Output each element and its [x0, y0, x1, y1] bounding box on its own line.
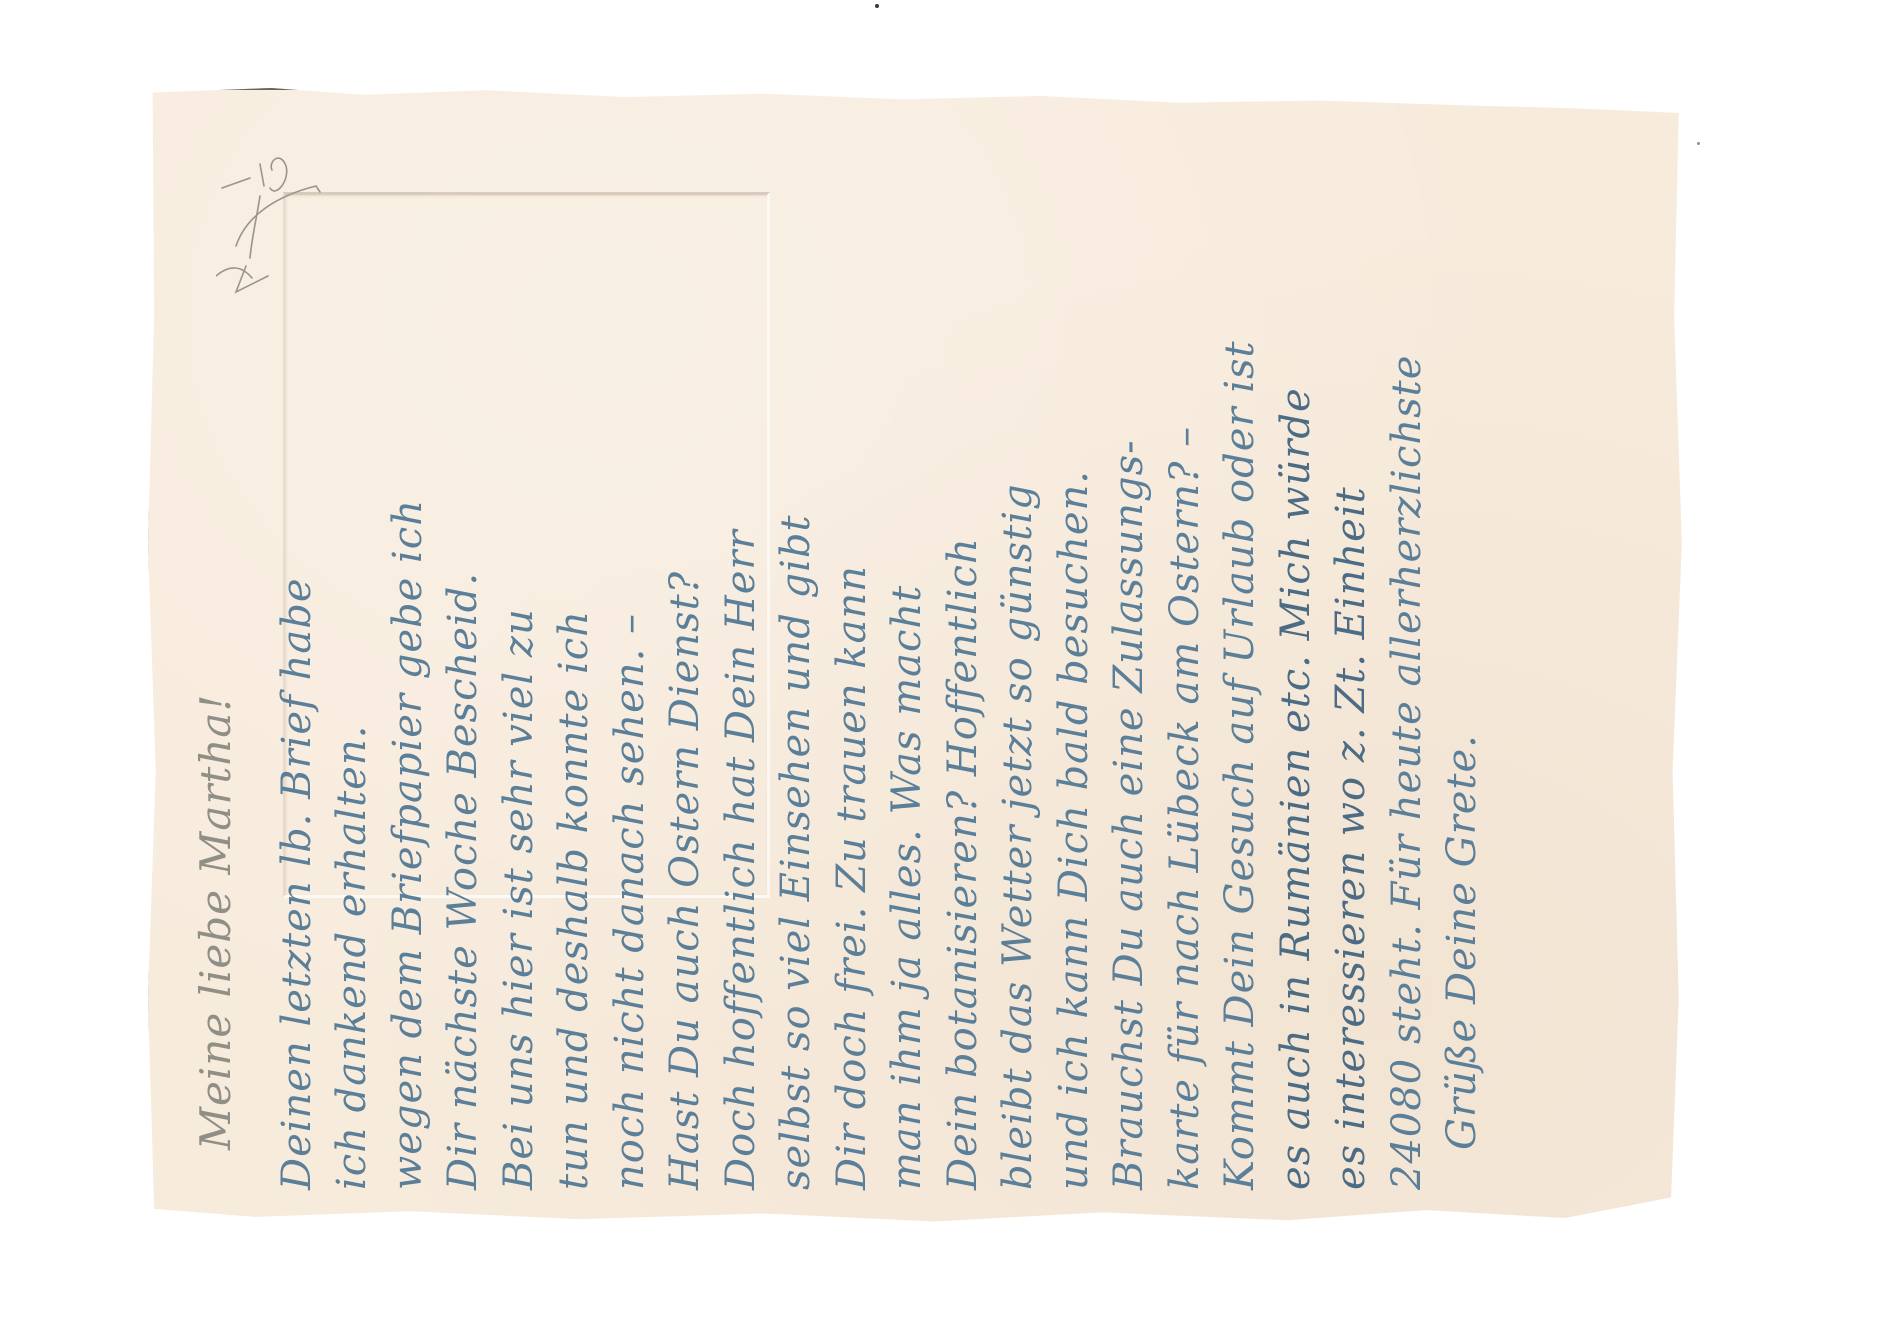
letter-line: Hast Du auch Ostern Dienst? [658, 210, 714, 1190]
letter-line: karte für nach Lübeck am Ostern? – [1158, 210, 1214, 1190]
letter-line: man ihm ja alles. Was macht [880, 210, 936, 1190]
letter-line: es auch in Rumänien etc. Mich würde [1269, 210, 1325, 1190]
closing-signature: Grüße Deine Grete. [1435, 210, 1491, 1190]
letter-line: und ich kann Dich bald besuchen. [1047, 210, 1103, 1190]
letter-line: ich dankend erhalten. [325, 210, 381, 1190]
letter-line: 24080 steht. Für heute allerherzlichste [1380, 210, 1436, 1190]
dust-speck [875, 4, 879, 8]
dust-speck [1697, 142, 1700, 145]
letter-line: selbst so viel Einsehen und gibt [769, 210, 825, 1190]
letter-line: Dein botanisieren? Hoffentlich [936, 210, 992, 1190]
letter-line: wegen dem Briefpapier gebe ich [381, 210, 437, 1190]
letter-line: Doch hoffentlich hat Dein Herr [714, 210, 770, 1190]
letter-line: Deinen letzten lb. Brief habe [270, 210, 326, 1190]
letter-line: bleibt das Wetter jetzt so günstig [991, 210, 1047, 1190]
letter-body-rotated: Meine liebe Martha! Deinen letzten lb. B… [188, 210, 1588, 1190]
letter-line: es interessieren wo z. Zt. Einheit [1324, 210, 1380, 1190]
letter-card: 1/12 Meine liebe Martha! Deinen letzten … [148, 88, 1688, 1226]
letter-line: noch nicht danach sehen. – [603, 210, 659, 1190]
salutation: Meine liebe Martha! [188, 210, 244, 1190]
letter-line: Kommt Dein Gesuch auf Urlaub oder ist [1213, 210, 1269, 1190]
letter-line: Brauchst Du auch eine Zulassungs- [1102, 210, 1158, 1190]
scan-background: 1/12 Meine liebe Martha! Deinen letzten … [0, 0, 1902, 1328]
letter-line: Dir doch frei. Zu trauen kann [825, 210, 881, 1190]
letter-line: Bei uns hier ist sehr viel zu [492, 210, 548, 1190]
letter-line: tun und deshalb konnte ich [547, 210, 603, 1190]
letter-text-area: Meine liebe Martha! Deinen letzten lb. B… [148, 90, 1688, 1226]
letter-line: Dir nächste Woche Bescheid. [436, 210, 492, 1190]
